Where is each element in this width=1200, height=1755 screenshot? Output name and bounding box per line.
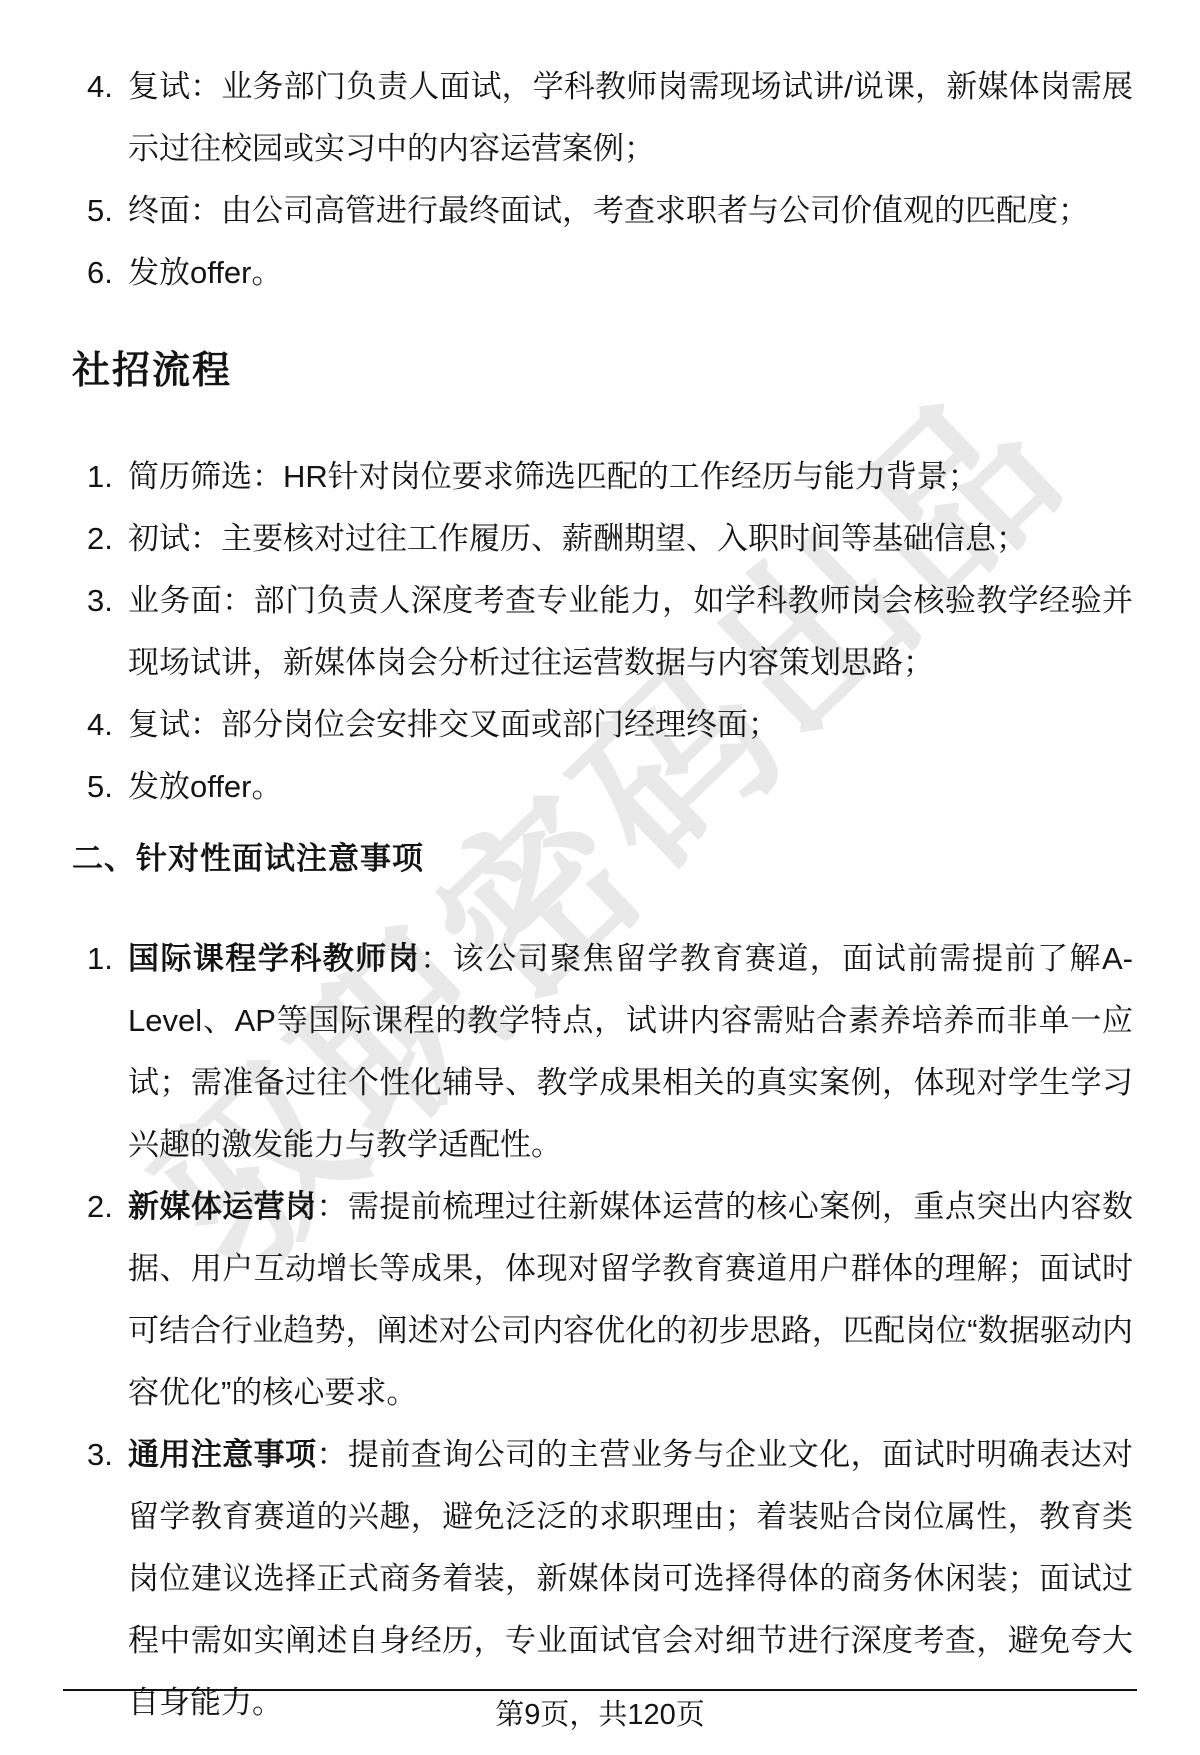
list-item-term: 新媒体运营岗 [128, 1189, 317, 1224]
list-item-number: 4. [87, 694, 128, 756]
list-item: 2. 初试：主要核对过往工作履历、薪酬期望、入职时间等基础信息； [72, 508, 1133, 570]
list-item-number: 2. [87, 1176, 128, 1238]
list-item-number: 2. [87, 508, 128, 570]
section-title-interview-notes: 二、针对性面试注意事项 [72, 839, 1133, 879]
list-item-number: 1. [87, 928, 128, 990]
list-item: 4. 复试：部分岗位会安排交叉面或部门经理终面； [72, 694, 1133, 756]
list-item-text: 复试：业务部门负责人面试，学科教师岗需现场试讲/说课，新媒体岗需展示过往校园或实… [128, 56, 1133, 180]
list-item-term: 国际课程学科教师岗 [128, 941, 420, 976]
list-item-text: 国际课程学科教师岗：该公司聚焦留学教育赛道，面试前需提前了解A-Level、AP… [128, 928, 1133, 1176]
list-item: 5. 终面：由公司高管进行最终面试，考查求职者与公司价值观的匹配度； [72, 180, 1133, 242]
list-item-text: 初试：主要核对过往工作履历、薪酬期望、入职时间等基础信息； [128, 508, 1133, 570]
section-title-social-recruiting: 社招流程 [72, 348, 1133, 394]
list-item-text: 简历筛选：HR针对岗位要求筛选匹配的工作经历与能力背景； [128, 446, 1133, 508]
campus-process-list-continued: 4. 复试：业务部门负责人面试，学科教师岗需现场试讲/说课，新媒体岗需展示过往校… [72, 56, 1133, 304]
page-number: 第9页，共120页 [0, 1695, 1200, 1735]
list-item-text: 新媒体运营岗：需提前梳理过往新媒体运营的核心案例，重点突出内容数据、用户互动增长… [128, 1176, 1133, 1424]
list-item-number: 6. [87, 242, 128, 304]
list-item-body: ：提前查询公司的主营业务与企业文化，面试时明确表达对留学教育赛道的兴趣，避免泛泛… [128, 1437, 1133, 1720]
list-item: 3. 通用注意事项：提前查询公司的主营业务与企业文化，面试时明确表达对留学教育赛… [72, 1424, 1133, 1734]
list-item-number: 4. [87, 56, 128, 118]
list-item-number: 5. [87, 180, 128, 242]
page-content: 4. 复试：业务部门负责人面试，学科教师岗需现场试讲/说课，新媒体岗需展示过往校… [0, 0, 1200, 1734]
list-item-number: 5. [87, 756, 128, 818]
list-item-number: 3. [87, 570, 128, 632]
list-item: 2. 新媒体运营岗：需提前梳理过往新媒体运营的核心案例，重点突出内容数据、用户互… [72, 1176, 1133, 1424]
list-item-text: 复试：部分岗位会安排交叉面或部门经理终面； [128, 694, 1133, 756]
list-item: 4. 复试：业务部门负责人面试，学科教师岗需现场试讲/说课，新媒体岗需展示过往校… [72, 56, 1133, 180]
interview-notes-list: 1. 国际课程学科教师岗：该公司聚焦留学教育赛道，面试前需提前了解A-Level… [72, 928, 1133, 1734]
footer-divider [63, 1689, 1137, 1691]
social-process-list: 1. 简历筛选：HR针对岗位要求筛选匹配的工作经历与能力背景； 2. 初试：主要… [72, 446, 1133, 818]
list-item-text: 发放offer。 [128, 756, 1133, 818]
list-item-text: 终面：由公司高管进行最终面试，考查求职者与公司价值观的匹配度； [128, 180, 1133, 242]
list-item-text: 发放offer。 [128, 242, 1133, 304]
list-item-number: 3. [87, 1424, 128, 1486]
list-item: 1. 简历筛选：HR针对岗位要求筛选匹配的工作经历与能力背景； [72, 446, 1133, 508]
list-item: 6. 发放offer。 [72, 242, 1133, 304]
list-item: 1. 国际课程学科教师岗：该公司聚焦留学教育赛道，面试前需提前了解A-Level… [72, 928, 1133, 1176]
list-item: 5. 发放offer。 [72, 756, 1133, 818]
list-item: 3. 业务面：部门负责人深度考查专业能力，如学科教师岗会核验教学经验并现场试讲，… [72, 570, 1133, 694]
list-item-term: 通用注意事项 [128, 1437, 317, 1472]
document-page: 驭职密码出品 4. 复试：业务部门负责人面试，学科教师岗需现场试讲/说课，新媒体… [0, 0, 1200, 1755]
list-item-text: 通用注意事项：提前查询公司的主营业务与企业文化，面试时明确表达对留学教育赛道的兴… [128, 1424, 1133, 1734]
list-item-text: 业务面：部门负责人深度考查专业能力，如学科教师岗会核验教学经验并现场试讲，新媒体… [128, 570, 1133, 694]
list-item-number: 1. [87, 446, 128, 508]
